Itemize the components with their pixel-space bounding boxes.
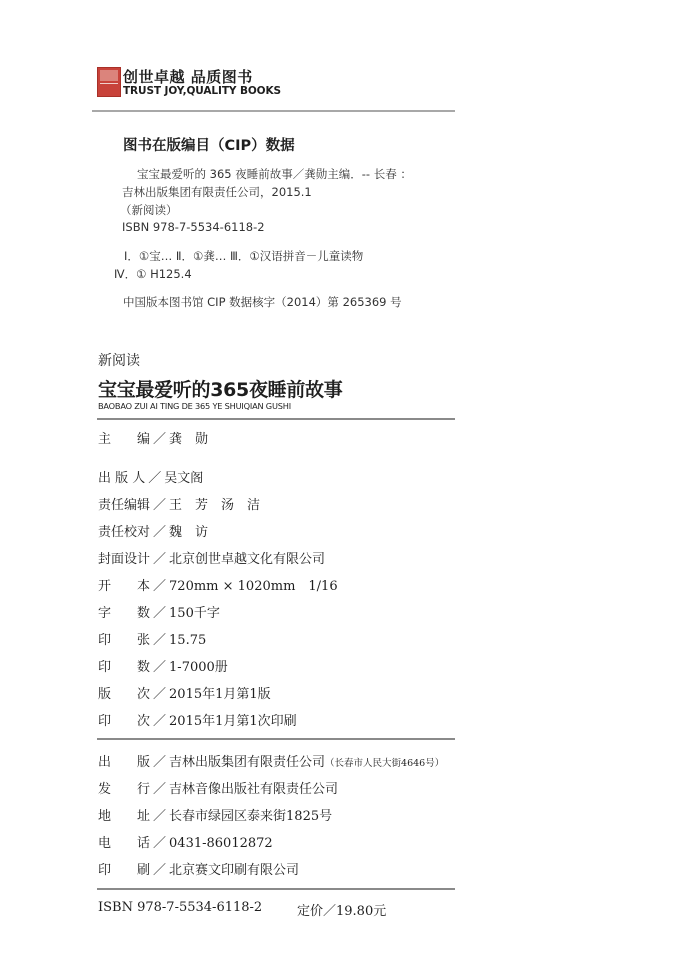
title-divider bbox=[97, 418, 455, 420]
credit-row: 责任编辑／王 芳 汤 洁 bbox=[98, 494, 260, 513]
publisher-row: 电 话／0431-86012872 bbox=[98, 832, 273, 851]
credit-row-editor: 主 编／龚 勋 bbox=[98, 428, 208, 447]
isbn: ISBN 978-7-5534-6118-2 bbox=[98, 900, 262, 915]
cip-line: （新阅读） bbox=[120, 202, 178, 218]
cip-title: 图书在版编目（CIP）数据 bbox=[123, 134, 295, 155]
credit-row: 责任校对／魏 访 bbox=[98, 521, 208, 540]
credits-divider bbox=[97, 738, 455, 740]
footer-divider bbox=[97, 888, 455, 890]
publisher-row: 出 版／吉林出版集团有限责任公司（长春市人民大街4646号） bbox=[98, 751, 444, 770]
credit-row: 印 张／15.75 bbox=[98, 629, 206, 648]
credit-row: 印 次／2015年1月第1次印刷 bbox=[98, 710, 297, 729]
series-name: 新阅读 bbox=[98, 350, 140, 370]
publisher-row: 印 刷／北京赛文印刷有限公司 bbox=[98, 859, 299, 878]
header-divider bbox=[92, 110, 455, 112]
credit-label: 主 编 bbox=[98, 432, 150, 447]
credit-row: 印 数／1-7000册 bbox=[98, 656, 228, 675]
credit-row: 出 版 人／吴文阁 bbox=[98, 467, 203, 486]
publisher-seal-icon bbox=[97, 67, 121, 97]
brand-name-en: TRUST JOY,QUALITY BOOKS bbox=[123, 85, 281, 97]
publisher-row: 地 址／长春市绿园区泰来街1825号 bbox=[98, 805, 332, 824]
credit-row: 版 次／2015年1月第1版 bbox=[98, 683, 271, 702]
cip-line: 宝宝最爱听的 365 夜睡前故事／龚勋主编．-- 长春 ： bbox=[137, 166, 412, 182]
cip-line: Ⅳ．① H125.4 bbox=[114, 266, 192, 282]
credit-row: 开 本／720mm × 1020mm 1/16 bbox=[98, 575, 338, 594]
cip-line: 吉林出版集团有限责任公司，2015.1 bbox=[122, 184, 312, 200]
credit-row: 封面设计／北京创世卓越文化有限公司 bbox=[98, 548, 325, 567]
cip-line: ISBN 978-7-5534-6118-2 bbox=[122, 220, 265, 234]
cip-line: 中国版本图书馆 CIP 数据核字（2014）第 265369 号 bbox=[123, 294, 402, 310]
price: 定价／19.80元 bbox=[297, 900, 386, 919]
publisher-row: 发 行／吉林音像出版社有限责任公司 bbox=[98, 778, 338, 797]
credit-value: 龚 勋 bbox=[169, 432, 208, 447]
credit-row: 字 数／150千字 bbox=[98, 602, 220, 621]
book-title-pinyin: BAOBAO ZUI AI TING DE 365 YE SHUIQIAN GU… bbox=[98, 401, 291, 411]
cip-line: Ⅰ．①宝… Ⅱ．①龚… Ⅲ．①汉语拼音－儿童读物 bbox=[124, 248, 363, 264]
publisher-address-note: （长春市人民大街4646号） bbox=[325, 758, 444, 769]
brand-name-cn: 创世卓越 品质图书 bbox=[123, 66, 253, 87]
book-title: 宝宝最爱听的365夜睡前故事 bbox=[98, 375, 342, 402]
